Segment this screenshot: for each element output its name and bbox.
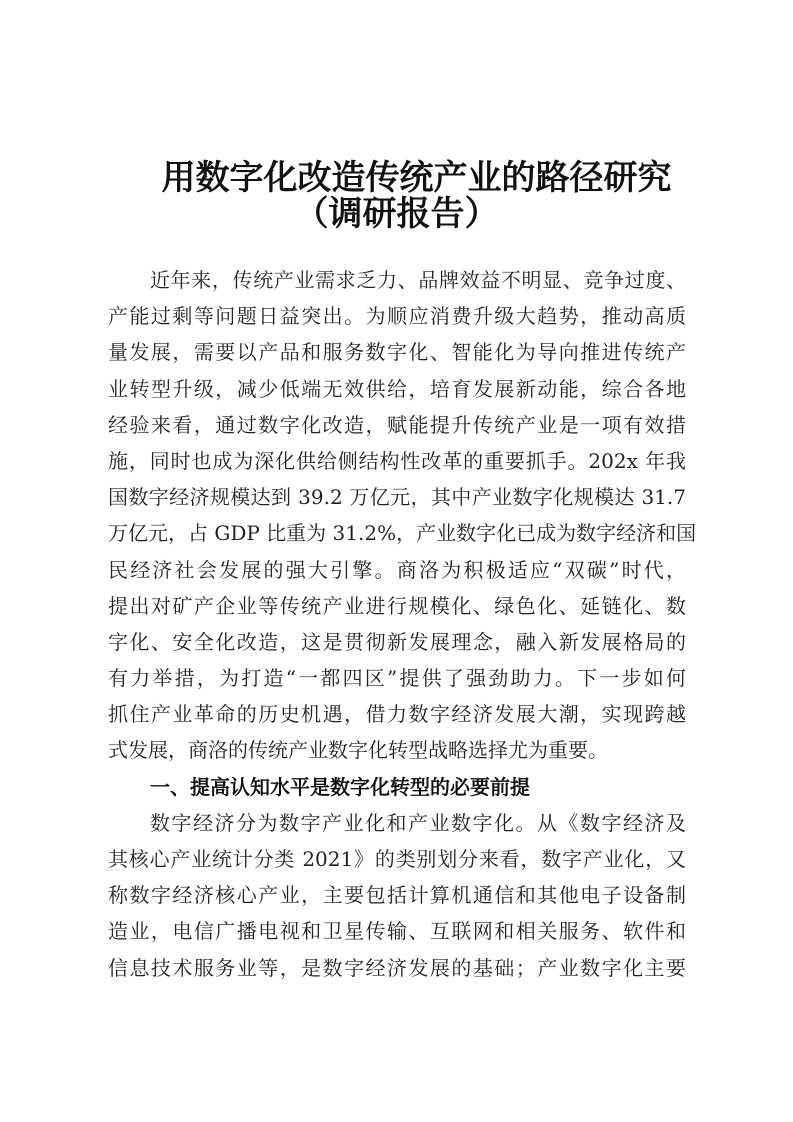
document-page: 用数字化改造传统产业的路径研究 （调研报告） 近年来，传统产业需求乏力、品牌效益… — [0, 0, 793, 1122]
paragraph-1-line: 抓住产业革命的历史机遇，借力数字经济发展大潮，实现跨越 — [108, 696, 686, 732]
paragraph-1-line: 量发展，需要以产品和服务数字化、智能化为导向推进传统产 — [108, 334, 686, 370]
paragraph-1-line: 万亿元，占 GDP 比重为 31.2%，产业数字化已成为数字经济和国 — [108, 515, 686, 551]
paragraph-1-line: 业转型升级，减少低端无效供给，培育发展新动能，综合各地 — [108, 371, 686, 407]
paragraph-1-line: 产能过剩等问题日益突出。为顺应消费升级大趋势，推动高质 — [108, 298, 686, 334]
paragraph-1-line: 国数字经济规模达到 39.2 万亿元，其中产业数字化规模达 31.7 — [108, 479, 686, 515]
paragraph-1-line: 字化、安全化改造，这是贯彻新发展理念，融入新发展格局的 — [108, 624, 686, 660]
section-1-heading: 一、提高认知水平是数字化转型的必要前提 — [108, 769, 686, 805]
paragraph-1-line: 近年来，传统产业需求乏力、品牌效益不明显、竞争过度、 — [108, 262, 686, 298]
paragraph-2-line: 其核心产业统计分类 2021》的类别划分来看，数字产业化，又 — [108, 841, 686, 877]
paragraph-2-line: 信息技术服务业等，是数字经济发展的基础；产业数字化主要 — [108, 950, 686, 986]
paragraph-2-line: 称数字经济核心产业，主要包括计算机通信和其他电子设备制 — [108, 877, 686, 913]
paragraph-1-line: 施，同时也成为深化供给侧结构性改革的重要抓手。202x 年我 — [108, 443, 686, 479]
paragraph-1-line: 民经济社会发展的强大引擎。商洛为积极适应“双碳”时代， — [108, 552, 686, 588]
paragraph-1-line: 提出对矿产企业等传统产业进行规模化、绿色化、延链化、数 — [108, 588, 686, 624]
document-body: 近年来，传统产业需求乏力、品牌效益不明显、竞争过度、 产能过剩等问题日益突出。为… — [108, 262, 686, 986]
paragraph-2-line: 数字经济分为数字产业化和产业数字化。从《数字经济及 — [108, 805, 686, 841]
paragraph-1-line: 式发展，商洛的传统产业数字化转型战略选择尤为重要。 — [108, 732, 686, 768]
paragraph-1-line: 有力举措，为打造“一都四区”提供了强劲助力。下一步如何 — [108, 660, 686, 696]
document-subtitle: （调研报告） — [0, 186, 793, 235]
paragraph-2-line: 造业，电信广播电视和卫星传输、互联网和相关服务、软件和 — [108, 913, 686, 949]
paragraph-1-line: 经验来看，通过数字化改造，赋能提升传统产业是一项有效措 — [108, 407, 686, 443]
